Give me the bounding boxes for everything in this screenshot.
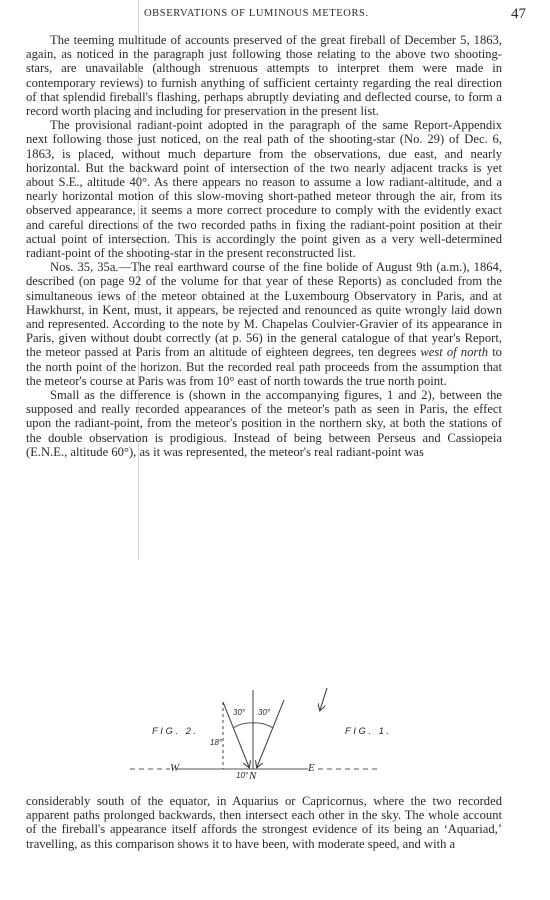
paragraph-nos-35: Nos. 35, 35a.—The real earthward course … xyxy=(26,260,502,388)
angle-right-label: 30° xyxy=(258,708,270,717)
north-label: N xyxy=(249,770,256,782)
angle-left-label: 30° xyxy=(233,708,245,717)
body-text-continued: considerably south of the equator, in Aq… xyxy=(26,794,502,851)
italic-west-of-north: west of north xyxy=(420,345,488,359)
paragraph-aquariad: considerably south of the equator, in Aq… xyxy=(26,794,502,851)
page-header: OBSERVATIONS OF LUMINOUS METEORS. 47 xyxy=(26,6,526,24)
fig-1-label: FIG. 1. xyxy=(345,726,392,737)
east-label: E xyxy=(308,762,315,774)
west-label: W xyxy=(170,762,179,774)
page-number: 47 xyxy=(511,6,526,23)
fig-2-label: FIG. 2. xyxy=(152,726,199,737)
paragraph-small-difference: Small as the difference is (shown in the… xyxy=(26,388,502,459)
figure-meteor-paths: FIG. 2. FIG. 1. 30° 30° 18° 10° W N E xyxy=(130,688,430,780)
paragraph-fireball-1863: The teeming multitude of accounts preser… xyxy=(26,33,502,118)
altitude-18-label: 18° xyxy=(210,738,222,747)
paragraph-provisional-radiant: The provisional radiant-point adopted in… xyxy=(26,118,502,260)
document-page: OBSERVATIONS OF LUMINOUS METEORS. 47 The… xyxy=(0,0,550,900)
running-title: OBSERVATIONS OF LUMINOUS METEORS. xyxy=(144,8,369,19)
body-text: The teeming multitude of accounts preser… xyxy=(26,33,502,459)
offset-10-label: 10° xyxy=(236,771,248,780)
